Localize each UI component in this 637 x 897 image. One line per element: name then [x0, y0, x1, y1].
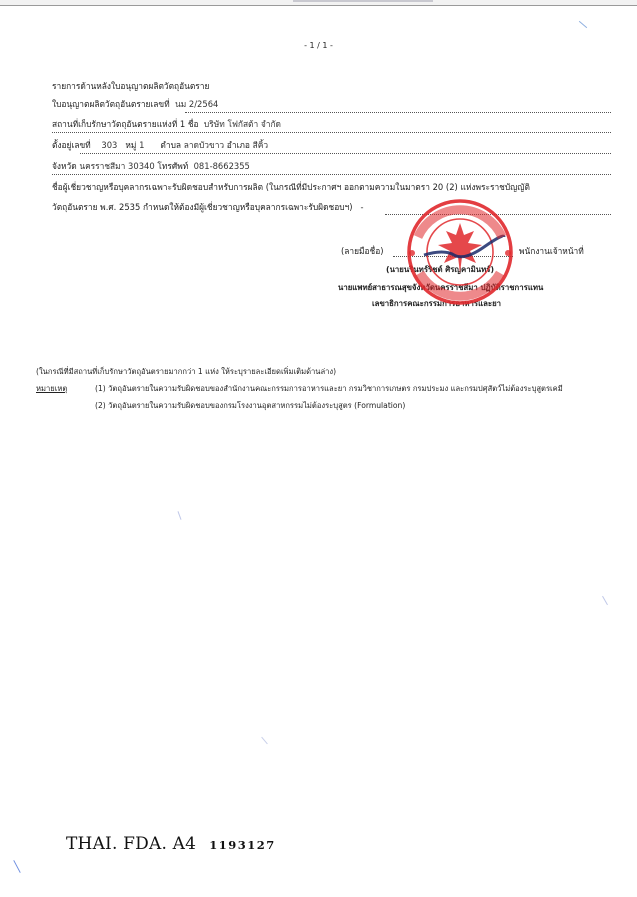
signature-label: (ลายมือชื่อ) — [341, 244, 384, 258]
province-label: จังหวัด — [52, 161, 77, 171]
storage-label: สถานที่เก็บรักษาวัตถุอันตรายแห่งที่ 1 ชื… — [52, 119, 199, 129]
multi-site-note: (ในกรณีที่มีสถานที่เก็บรักษาวัตถุอันตราย… — [36, 366, 336, 378]
tambon-value: ลาดบัวขาว — [184, 140, 224, 150]
address-no-label: ตั้งอยู่เลขที่ — [52, 140, 91, 150]
paper-fiber — [13, 860, 20, 873]
license-label: ใบอนุญาตผลิตวัตถุอันตรายเลขที่ — [52, 99, 170, 109]
dotted-line — [185, 112, 611, 113]
form-code: THAI. FDA. A4 — [66, 834, 196, 854]
phone-label: โทรศัพท์ — [157, 161, 188, 171]
tambon-label: ตำบล — [160, 140, 181, 150]
province-row: จังหวัด นครราชสีมา 30340 โทรศัพท์ 081-86… — [52, 159, 250, 173]
address-no-value: 303 — [101, 140, 117, 150]
storage-row: สถานที่เก็บรักษาวัตถุอันตรายแห่งที่ 1 ชื… — [52, 117, 281, 131]
dotted-line — [52, 132, 611, 133]
paper-fiber — [602, 596, 608, 605]
expert-desc-line1: ชื่อผู้เชี่ยวชาญหรือบุคลากรเฉพาะรับผิดชอ… — [52, 180, 530, 194]
paper-fiber — [261, 737, 268, 745]
license-number-row: ใบอนุญาตผลิตวัตถุอันตรายเลขที่ นม 2/2564 — [52, 97, 218, 111]
expert-desc-text: วัตถุอันตราย พ.ศ. 2535 กำหนดให้ต้องมีผู้… — [52, 202, 353, 212]
moo-value: 1 — [139, 140, 144, 150]
amphoe-label: อำเภอ — [227, 140, 250, 150]
paper-fiber — [579, 21, 587, 28]
storage-name: บริษัท โฟกัสต้า จำกัด — [204, 119, 281, 129]
province-value: นครราชสีมา 30340 — [79, 161, 154, 171]
serial-number: 1193127 — [209, 838, 276, 852]
page-indicator: - 1 / 1 - — [0, 41, 637, 50]
license-value: นม 2/2564 — [175, 99, 218, 109]
horizontal-scrollbar[interactable] — [293, 0, 433, 2]
amphoe-value: สีคิ้ว — [253, 140, 268, 150]
dotted-line — [52, 174, 611, 175]
official-seal-stamp — [404, 197, 516, 307]
signature-role: พนักงานเจ้าหน้าที่ — [519, 244, 584, 258]
phone-value: 081-8662355 — [194, 161, 250, 171]
expert-value: - — [361, 202, 364, 212]
moo-label: หมู่ — [125, 140, 136, 150]
expert-desc-line2: วัตถุอันตราย พ.ศ. 2535 กำหนดให้ต้องมีผู้… — [52, 200, 364, 214]
dotted-line — [80, 153, 611, 154]
form-footer: THAI. FDA. A4 1193127 — [66, 834, 276, 854]
remarks-label: หมายเหตุ — [36, 383, 67, 395]
remarks-heading: หมายเหตุ — [36, 384, 67, 393]
remark-item-2: (2) วัตถุอันตรายในความรับผิดชอบของกรมโรง… — [95, 400, 405, 412]
document-heading: รายการด้านหลังใบอนุญาตผลิตวัตถุอันตราย — [52, 79, 209, 93]
viewer-toolbar — [0, 0, 637, 6]
paper-fiber — [177, 511, 181, 520]
remark-item-1: (1) วัตถุอันตรายในความรับผิดชอบของสำนักง… — [95, 383, 563, 395]
address-row: ตั้งอยู่เลขที่ 303 หมู่ 1 ตำบล ลาดบัวขาว… — [52, 138, 268, 152]
